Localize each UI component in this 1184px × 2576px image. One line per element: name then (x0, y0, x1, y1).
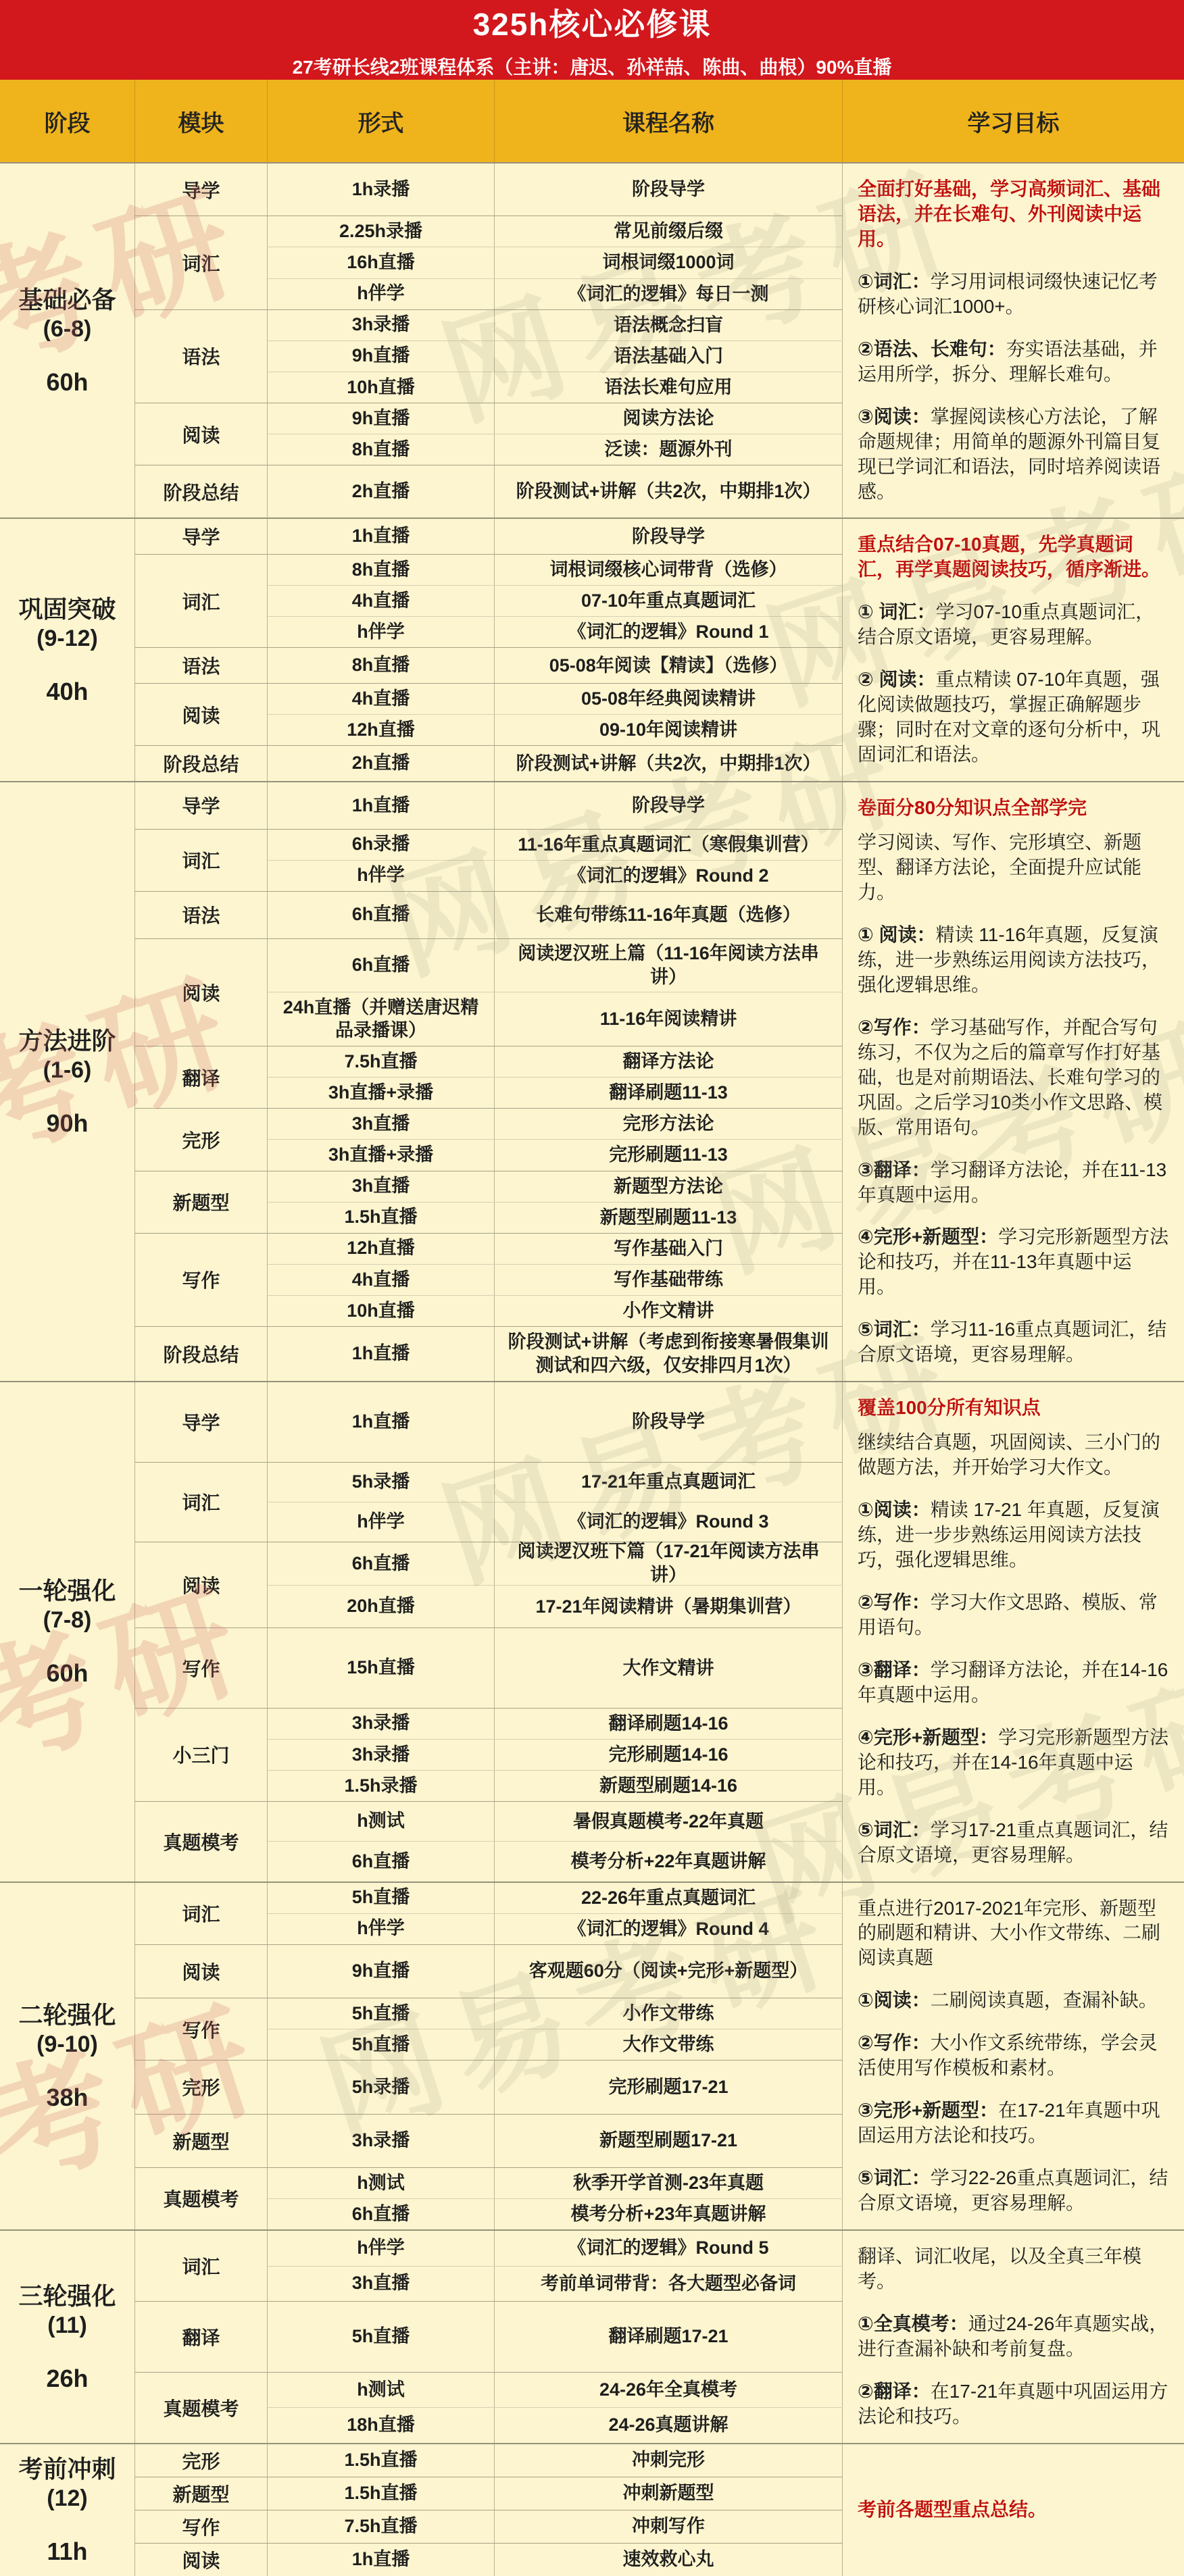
course-row: 1h直播阶段导学 (268, 782, 843, 829)
course-row: h伴学《词汇的逻辑》Round 4 (268, 1913, 843, 1944)
course-row: 1h录播阶段导学 (268, 163, 843, 216)
goal-item: ① 阅读：精读 11-16年真题，反复演练，进一步熟练运用阅读方法技巧，强化逻辑… (858, 923, 1169, 998)
goal-item: ① 词汇：学习07-10重点真题词汇，结合原文语境，更容易理解。 (858, 600, 1169, 650)
course-row: 3h直播完形方法论 (268, 1109, 843, 1139)
goal-item-label: ① 阅读： (858, 924, 936, 945)
goal-item: ①阅读：二刷阅读真题，查漏补缺。 (858, 1988, 1169, 2013)
goal-cell: 全面打好基础，学习高频词汇、基础语法，并在长难句、外刊阅读中运用。①词汇：学习用… (843, 163, 1184, 517)
module-group: 写作5h直播小作文带练5h直播大作文带练 (135, 1998, 843, 2060)
goal-item: ②语法、长难句：夯实语法基础，并运用所学，拆分、理解长难句。 (858, 337, 1169, 387)
goal-cell: 覆盖100分所有知识点继续结合真题，巩固阅读、三小门的做题方法，并开始学习大作文… (843, 1382, 1184, 1881)
goal-cell: 重点进行2017-2021年完形、新题型的刷题和精讲、大小作文带练、二刷阅读真题… (843, 1883, 1184, 2230)
course-cell: 完形刷题11-13 (495, 1140, 843, 1170)
format-cell: 8h直播 (268, 555, 495, 585)
module-group: 阅读1h直播速效救心丸 (135, 2543, 843, 2576)
module-group: 词汇5h录播17-21年重点真题词汇h伴学《词汇的逻辑》Round 3 (135, 1462, 843, 1542)
format-cell: 18h直播 (268, 2408, 495, 2442)
stage-label: 二轮强化(9-10)38h (0, 1883, 135, 2230)
course-row: 2.25h录播常见前缀后缀 (268, 216, 843, 247)
goal-cell: 翻译、词汇收尾，以及全真三年模考。①全真模考：通过24-26年真题实战，进行查漏… (843, 2231, 1184, 2443)
format-cell: 5h直播 (268, 2302, 495, 2372)
page-title: 325h核心必修课 (473, 0, 712, 45)
course-row: 2h直播阶段测试+讲解（共2次，中期排1次） (268, 465, 843, 517)
format-cell: 5h录播 (268, 2061, 495, 2113)
goal-item-label: ①词汇： (858, 271, 931, 292)
course-row: 10h直播语法长难句应用 (268, 372, 843, 403)
page-subtitle: 27考研长线2班课程体系（主讲：唐迟、孙祥喆、陈曲、曲根）90%直播 (293, 53, 892, 80)
module-cell: 新题型 (135, 2477, 268, 2510)
format-cell: h伴学 (268, 617, 495, 647)
course-cell: 完形方法论 (495, 1109, 843, 1139)
stage-months: (9-12) (18, 626, 116, 652)
course-cell: 翻译刷题14-16 (495, 1709, 843, 1739)
course-cell: 05-08年阅读【精读】（选修） (495, 648, 843, 683)
course-cell: 阅读逻汉班下篇（17-21年阅读方法串讲） (495, 1542, 843, 1585)
goal-item-label: ⑤词汇： (858, 2167, 931, 2188)
goal-item: ⑤词汇：学习22-26重点真题词汇，结合原文语境，更容易理解。 (858, 2166, 1169, 2216)
goal-intro: 学习阅读、写作、完形填空、新题型、翻译方法论，全面提升应试能力。 (858, 830, 1169, 905)
course-row: 3h直播考前单词带背：各大题型必备词 (268, 2266, 843, 2301)
goal-item: ②写作：学习大作文思路、模版、常用语句。 (858, 1590, 1169, 1640)
format-cell: h伴学 (268, 2231, 495, 2265)
course-row: 1h直播阶段导学 (268, 519, 843, 554)
course-row: h伴学《词汇的逻辑》Round 2 (268, 860, 843, 891)
course-row: 4h直播07-10年重点真题词汇 (268, 585, 843, 616)
goal-item: ⑤词汇：学习17-21重点真题词汇，结合原文语境，更容易理解。 (858, 1818, 1169, 1868)
column-header-2: 形式 (268, 80, 495, 162)
course-cell: 暑假真题模考-22年真题 (495, 1802, 843, 1841)
course-row: 4h直播写作基础带练 (268, 1264, 843, 1295)
course-row: 1.5h直播冲刺新题型 (268, 2477, 843, 2510)
module-cell: 新题型 (135, 1171, 268, 1233)
module-cell: 阅读 (135, 1542, 268, 1627)
goal-item: ①词汇：学习用词根词缀快速记忆考研核心词汇1000+。 (858, 270, 1169, 320)
stage-groups: 导学1h直播阶段导学词汇8h直播词根词缀核心词带背（选修）4h直播07-10年重… (135, 519, 843, 781)
stage-groups: 完形1.5h直播冲刺完形新题型1.5h直播冲刺新题型写作7.5h直播冲刺写作阅读… (135, 2444, 843, 2576)
format-cell: 3h录播 (268, 310, 495, 340)
course-cell: 11-16年重点真题词汇（寒假集训营） (495, 830, 843, 860)
module-group: 翻译5h直播翻译刷题17-21 (135, 2301, 843, 2372)
course-row: 4h直播05-08年经典阅读精讲 (268, 684, 843, 714)
course-cell: 客观题60分（阅读+完形+新题型） (495, 1945, 843, 1998)
course-cell: 《词汇的逻辑》Round 5 (495, 2231, 843, 2265)
course-row: 12h直播写作基础入门 (268, 1234, 843, 1264)
course-cell: 阶段导学 (495, 163, 843, 216)
format-cell: 5h直播 (268, 1998, 495, 2029)
course-row: h测试暑假真题模考-22年真题 (268, 1802, 843, 1841)
module-cell: 阅读 (135, 2544, 268, 2576)
course-cell: 翻译刷题17-21 (495, 2302, 843, 2372)
course-cell: 阅读方法论 (495, 403, 843, 434)
course-cell: 长难句带练11-16年真题（选修） (495, 892, 843, 938)
course-cell: 翻译方法论 (495, 1046, 843, 1077)
format-cell: 6h直播 (268, 2199, 495, 2229)
goal-heading: 重点结合07-10真题，先学真题词汇，再学真题阅读技巧，循序渐进。 (858, 532, 1169, 582)
module-cell: 真题模考 (135, 2168, 268, 2229)
module-cell: 词汇 (135, 1883, 268, 1944)
course-row: 3h录播翻译刷题14-16 (268, 1709, 843, 1739)
stage-months: (7-8) (18, 1607, 116, 1634)
goal-item-label: ④完形+新题型： (858, 1727, 998, 1748)
module-group: 完形3h直播完形方法论3h直播+录播完形刷题11-13 (135, 1108, 843, 1170)
format-cell: 8h直播 (268, 434, 495, 465)
module-cell: 导学 (135, 519, 268, 554)
module-group: 新题型3h直播新题型方法论1.5h直播新题型刷题11-13 (135, 1171, 843, 1233)
course-cell: 《词汇的逻辑》Round 4 (495, 1914, 843, 1944)
course-row: h测试24-26年全真模考 (268, 2373, 843, 2407)
goal-item-label: ③完形+新题型： (858, 2100, 998, 2121)
stage-months: (6-8) (18, 316, 116, 343)
module-cell: 导学 (135, 782, 268, 829)
course-cell: 秋季开学首测-23年真题 (495, 2168, 843, 2198)
goal-heading: 卷面分80分知识点全部学完 (858, 796, 1169, 821)
course-row: h测试秋季开学首测-23年真题 (268, 2168, 843, 2198)
course-cell: 阶段测试+讲解（共2次，中期排1次） (495, 746, 843, 781)
goal-item: ② 阅读：重点精读 07-10年真题，强化阅读做题技巧，掌握正确解题步骤；同时在… (858, 667, 1169, 767)
stage-name: 考前冲刺 (18, 2454, 116, 2485)
format-cell: 3h直播+录播 (268, 1140, 495, 1170)
goal-item: ①全真模考：通过24-26年真题实战，进行查漏补缺和考前复盘。 (858, 2312, 1169, 2362)
stage-label: 三轮强化(11)26h (0, 2231, 135, 2443)
module-group: 词汇2.25h录播常见前缀后缀16h直播词根词缀1000词h伴学《词汇的逻辑》每… (135, 216, 843, 309)
goal-item-label: ⑤词汇： (858, 1319, 931, 1340)
module-cell: 词汇 (135, 216, 268, 309)
module-cell: 词汇 (135, 555, 268, 647)
stage-label: 巩固突破(9-12)40h (0, 519, 135, 781)
course-row: 5h直播翻译刷题17-21 (268, 2302, 843, 2372)
course-cell: 速效救心丸 (495, 2544, 843, 2576)
course-row: 7.5h直播冲刺写作 (268, 2510, 843, 2543)
goal-cell: 重点结合07-10真题，先学真题词汇，再学真题阅读技巧，循序渐进。① 词汇：学习… (843, 519, 1184, 781)
format-cell: 9h直播 (268, 403, 495, 434)
format-cell: 7.5h直播 (268, 2510, 495, 2543)
goal-item-label: ①全真模考： (858, 2313, 968, 2334)
format-cell: 1h直播 (268, 2544, 495, 2576)
module-group: 新题型3h录播新题型刷题17-21 (135, 2114, 843, 2167)
format-cell: 5h直播 (268, 2029, 495, 2060)
module-group: 词汇h伴学《词汇的逻辑》Round 53h直播考前单词带背：各大题型必备词 (135, 2231, 843, 2301)
format-cell: 12h直播 (268, 1234, 495, 1264)
format-cell: 20h直播 (268, 1586, 495, 1628)
course-schedule-page: 325h核心必修课 27考研长线2班课程体系（主讲：唐迟、孙祥喆、陈曲、曲根）9… (0, 0, 1184, 2576)
course-cell: 模考分析+23年真题讲解 (495, 2199, 843, 2229)
course-cell: 模考分析+22年真题讲解 (495, 1842, 843, 1881)
module-group: 阅读4h直播05-08年经典阅读精讲12h直播09-10年阅读精讲 (135, 683, 843, 745)
stage-label: 考前冲刺(12)11h (0, 2444, 135, 2576)
course-row: h伴学《词汇的逻辑》Round 3 (268, 1502, 843, 1542)
goal-item-label: ①阅读： (858, 1499, 931, 1520)
module-group: 写作15h直播大作文精讲 (135, 1627, 843, 1707)
module-group: 真题模考h测试秋季开学首测-23年真题6h直播模考分析+23年真题讲解 (135, 2167, 843, 2229)
format-cell: h伴学 (268, 861, 495, 891)
module-group: 导学1h直播阶段导学 (135, 519, 843, 554)
course-cell: 写作基础带练 (495, 1265, 843, 1295)
course-cell: 《词汇的逻辑》Round 3 (495, 1502, 843, 1542)
course-row: 20h直播17-21年阅读精讲（暑期集训营） (268, 1585, 843, 1628)
format-cell: 4h直播 (268, 684, 495, 714)
module-cell: 完形 (135, 2061, 268, 2113)
course-cell: 冲刺完形 (495, 2444, 843, 2477)
course-row: 6h直播长难句带练11-16年真题（选修） (268, 892, 843, 938)
course-row: 1.5h录播新题型刷题14-16 (268, 1770, 843, 1801)
goal-item-label: ②语法、长难句： (858, 338, 1006, 359)
course-cell: 05-08年经典阅读精讲 (495, 684, 843, 714)
course-cell: 阶段导学 (495, 782, 843, 829)
goal-item-label: ③阅读： (858, 406, 931, 427)
column-header-4: 学习目标 (843, 80, 1184, 162)
stage-hours: 40h (46, 678, 88, 706)
course-row: 24h直播（并赠送唐迟精品录播课）11-16年阅读精讲 (268, 992, 843, 1046)
course-cell: 阶段导学 (495, 519, 843, 554)
stage-hours: 60h (46, 368, 88, 397)
stage-hours: 38h (46, 2083, 88, 2112)
course-cell: 11-16年阅读精讲 (495, 992, 843, 1046)
course-row: 6h直播模考分析+23年真题讲解 (268, 2198, 843, 2229)
goal-item-label: ②翻译： (858, 2381, 931, 2402)
goal-item: ③阅读：掌握阅读核心方法论，了解命题规律；用简单的题源外刊篇目复现已学词汇和语法… (858, 405, 1169, 505)
stage-name: 二轮强化 (18, 2000, 116, 2031)
format-cell: h伴学 (268, 1502, 495, 1542)
stage-hours: 60h (46, 1659, 88, 1688)
course-cell: 09-10年阅读精讲 (495, 715, 843, 745)
goal-item: ④完形+新题型：学习完形新题型方法论和技巧，并在11-13年真题中运用。 (858, 1225, 1169, 1300)
column-header-1: 模块 (135, 80, 268, 162)
stage-groups: 导学1h直播阶段导学词汇6h录播11-16年重点真题词汇（寒假集训营）h伴学《词… (135, 782, 843, 1381)
module-cell: 语法 (135, 892, 268, 938)
course-cell: 语法概念扫盲 (495, 310, 843, 340)
course-row: 5h直播22-26年重点真题词汇 (268, 1883, 843, 1913)
stage-label: 基础必备(6-8)60h (0, 163, 135, 517)
course-row: 1h直播阶段测试+讲解（考虑到衔接寒暑假集训测试和四六级，仅安排四月1次） (268, 1327, 843, 1381)
course-cell: 词根词缀1000词 (495, 247, 843, 278)
course-cell: 泛读：题源外刊 (495, 434, 843, 465)
format-cell: 9h直播 (268, 1945, 495, 1998)
course-row: 6h录播11-16年重点真题词汇（寒假集训营） (268, 830, 843, 860)
course-cell: 《词汇的逻辑》每日一测 (495, 279, 843, 309)
goal-item-text: 二刷阅读真题，查漏补缺。 (931, 1990, 1158, 2011)
stage-name: 三轮强化 (18, 2281, 116, 2313)
course-cell: 17-21年阅读精讲（暑期集训营） (495, 1586, 843, 1628)
format-cell: 1h直播 (268, 1382, 495, 1461)
course-row: 1.5h直播新题型刷题11-13 (268, 1202, 843, 1233)
module-group: 阅读6h直播阅读逻汉班下篇（17-21年阅读方法串讲）20h直播17-21年阅读… (135, 1542, 843, 1627)
stage-label: 一轮强化(7-8)60h (0, 1382, 135, 1881)
format-cell: 6h直播 (268, 1542, 495, 1585)
module-group: 阅读6h直播阅读逻汉班上篇（11-16年阅读方法串讲）24h直播（并赠送唐迟精品… (135, 938, 843, 1046)
course-cell: 写作基础入门 (495, 1234, 843, 1264)
goal-item-label: ①阅读： (858, 1990, 931, 2011)
module-group: 语法8h直播05-08年阅读【精读】（选修） (135, 647, 843, 683)
module-cell: 词汇 (135, 830, 268, 891)
module-group: 语法6h直播长难句带练11-16年真题（选修） (135, 891, 843, 938)
module-group: 阅读9h直播客观题60分（阅读+完形+新题型） (135, 1944, 843, 1998)
stage-months: (1-6) (18, 1057, 116, 1084)
module-group: 语法3h录播语法概念扫盲9h直播语法基础入门10h直播语法长难句应用 (135, 309, 843, 403)
module-cell: 完形 (135, 1109, 268, 1170)
goal-heading: 覆盖100分所有知识点 (858, 1396, 1169, 1421)
format-cell: 1.5h直播 (268, 2477, 495, 2510)
goal-item-label: ③翻译： (858, 1659, 931, 1680)
course-row: h伴学《词汇的逻辑》每日一测 (268, 278, 843, 309)
format-cell: 2h直播 (268, 746, 495, 781)
format-cell: 1h录播 (268, 163, 495, 216)
stage-section-0: 基础必备(6-8)60h导学1h录播阶段导学词汇2.25h录播常见前缀后缀16h… (0, 162, 1184, 517)
module-cell: 写作 (135, 1234, 268, 1326)
module-cell: 语法 (135, 310, 268, 403)
module-cell: 语法 (135, 648, 268, 683)
stage-months: (12) (18, 2485, 116, 2512)
course-cell: 阶段测试+讲解（共2次，中期排1次） (495, 465, 843, 517)
goal-item-label: ②写作： (858, 1017, 931, 1038)
format-cell: 7.5h直播 (268, 1046, 495, 1077)
course-cell: 07-10年重点真题词汇 (495, 586, 843, 616)
course-row: 8h直播泛读：题源外刊 (268, 434, 843, 465)
course-cell: 阶段测试+讲解（考虑到衔接寒暑假集训测试和四六级，仅安排四月1次） (495, 1327, 843, 1381)
stage-name: 巩固突破 (18, 594, 116, 626)
module-group: 翻译7.5h直播翻译方法论3h直播+录播翻译刷题11-13 (135, 1046, 843, 1108)
format-cell: 1.5h录播 (268, 1771, 495, 1801)
module-group: 导学1h录播阶段导学 (135, 163, 843, 216)
format-cell: 1.5h直播 (268, 2444, 495, 2477)
module-cell: 翻译 (135, 1046, 268, 1108)
course-row: h伴学《词汇的逻辑》Round 5 (268, 2231, 843, 2265)
format-cell: 3h直播 (268, 1171, 495, 1202)
course-row: 9h直播阅读方法论 (268, 403, 843, 434)
format-cell: 24h直播（并赠送唐迟精品录播课） (268, 992, 495, 1046)
stage-name: 基础必备 (18, 284, 116, 316)
module-group: 真题模考h测试暑假真题模考-22年真题6h直播模考分析+22年真题讲解 (135, 1801, 843, 1881)
module-group: 写作7.5h直播冲刺写作 (135, 2510, 843, 2543)
format-cell: 10h直播 (268, 372, 495, 403)
format-cell: 16h直播 (268, 247, 495, 278)
course-row: 10h直播小作文精讲 (268, 1295, 843, 1326)
module-cell: 阅读 (135, 939, 268, 1046)
goal-intro: 重点进行2017-2021年完形、新题型的刷题和精讲、大小作文带练、二刷阅读真题 (858, 1896, 1169, 1971)
goal-intro: 继续结合真题，巩固阅读、三小门的做题方法，并开始学习大作文。 (858, 1430, 1169, 1480)
module-group: 阶段总结2h直播阶段测试+讲解（共2次，中期排1次） (135, 465, 843, 517)
stage-name: 方法进阶 (18, 1026, 116, 1057)
course-cell: 22-26年重点真题词汇 (495, 1883, 843, 1913)
course-cell: 考前单词带背：各大题型必备词 (495, 2267, 843, 2301)
format-cell: 5h直播 (268, 1883, 495, 1913)
course-row: 12h直播09-10年阅读精讲 (268, 714, 843, 745)
format-cell: 6h直播 (268, 1842, 495, 1881)
stage-hours: 90h (46, 1109, 88, 1138)
module-group: 阶段总结1h直播阶段测试+讲解（考虑到衔接寒暑假集训测试和四六级，仅安排四月1次… (135, 1326, 843, 1381)
module-cell: 写作 (135, 1998, 268, 2060)
course-row: 6h直播阅读逻汉班上篇（11-16年阅读方法串讲） (268, 939, 843, 992)
format-cell: h测试 (268, 2373, 495, 2407)
course-cell: 完形刷题17-21 (495, 2061, 843, 2113)
module-group: 阶段总结2h直播阶段测试+讲解（共2次，中期排1次） (135, 745, 843, 781)
format-cell: h伴学 (268, 1914, 495, 1944)
format-cell: 2h直播 (268, 465, 495, 517)
course-row: 5h直播小作文带练 (268, 1998, 843, 2029)
goal-item-label: ① 词汇： (858, 601, 936, 622)
format-cell: 15h直播 (268, 1628, 495, 1707)
module-cell: 翻译 (135, 2302, 268, 2372)
goal-item-label: ④完形+新题型： (858, 1226, 998, 1247)
course-cell: 新题型刷题11-13 (495, 1203, 843, 1233)
goal-item: ②翻译：在17-21年真题中巩固运用方法论和技巧。 (858, 2379, 1169, 2429)
goal-item: ③翻译：学习翻译方法论，并在14-16年真题中运用。 (858, 1658, 1169, 1708)
course-cell: 冲刺新题型 (495, 2477, 843, 2510)
course-row: 3h直播+录播完形刷题11-13 (268, 1139, 843, 1170)
course-row: h伴学《词汇的逻辑》Round 1 (268, 616, 843, 647)
module-group: 词汇8h直播词根词缀核心词带背（选修）4h直播07-10年重点真题词汇h伴学《词… (135, 554, 843, 647)
module-cell: 阶段总结 (135, 465, 268, 517)
course-cell: 大作文带练 (495, 2029, 843, 2060)
format-cell: h测试 (268, 2168, 495, 2198)
module-cell: 阅读 (135, 1945, 268, 1998)
course-row: 8h直播词根词缀核心词带背（选修） (268, 555, 843, 585)
format-cell: 3h录播 (268, 1709, 495, 1739)
goal-item: ④完形+新题型：学习完形新题型方法论和技巧，并在14-16年真题中运用。 (858, 1725, 1169, 1800)
format-cell: 1h直播 (268, 1327, 495, 1381)
course-cell: 词根词缀核心词带背（选修） (495, 555, 843, 585)
course-row: 3h直播新题型方法论 (268, 1171, 843, 1202)
module-cell: 阅读 (135, 403, 268, 465)
stage-section-3: 一轮强化(7-8)60h导学1h直播阶段导学词汇5h录播17-21年重点真题词汇… (0, 1381, 1184, 1881)
course-row: 3h录播完形刷题14-16 (268, 1739, 843, 1770)
course-row: 5h录播完形刷题17-21 (268, 2061, 843, 2113)
goal-item: ③完形+新题型：在17-21年真题中巩固运用方法论和技巧。 (858, 2098, 1169, 2148)
format-cell: 1h直播 (268, 519, 495, 554)
module-group: 词汇6h录播11-16年重点真题词汇（寒假集训营）h伴学《词汇的逻辑》Round… (135, 829, 843, 891)
format-cell: 6h直播 (268, 939, 495, 992)
stage-section-4: 二轮强化(9-10)38h词汇5h直播22-26年重点真题词汇h伴学《词汇的逻辑… (0, 1882, 1184, 2230)
table-header-row: 阶段模块形式课程名称学习目标 (0, 80, 1184, 162)
stage-groups: 词汇h伴学《词汇的逻辑》Round 53h直播考前单词带背：各大题型必备词翻译5… (135, 2231, 843, 2443)
goal-intro: 翻译、词汇收尾，以及全真三年模考。 (858, 2244, 1169, 2294)
format-cell: 2.25h录播 (268, 216, 495, 247)
format-cell: 6h录播 (268, 830, 495, 860)
format-cell: 8h直播 (268, 648, 495, 683)
course-cell: 冲刺写作 (495, 2510, 843, 2543)
stage-groups: 导学1h录播阶段导学词汇2.25h录播常见前缀后缀16h直播词根词缀1000词h… (135, 163, 843, 517)
format-cell: 3h直播 (268, 1109, 495, 1139)
course-row: 1.5h直播冲刺完形 (268, 2444, 843, 2477)
format-cell: 3h录播 (268, 2115, 495, 2167)
module-group: 新题型1.5h直播冲刺新题型 (135, 2477, 843, 2510)
format-cell: 3h直播+录播 (268, 1078, 495, 1108)
course-cell: 17-21年重点真题词汇 (495, 1463, 843, 1502)
format-cell: 9h直播 (268, 341, 495, 372)
course-cell: 阅读逻汉班上篇（11-16年阅读方法串讲） (495, 939, 843, 992)
stage-section-5: 三轮强化(11)26h词汇h伴学《词汇的逻辑》Round 53h直播考前单词带背… (0, 2229, 1184, 2443)
module-group: 小三门3h录播翻译刷题14-163h录播完形刷题14-161.5h录播新题型刷题… (135, 1708, 843, 1801)
module-cell: 真题模考 (135, 2373, 268, 2443)
format-cell: 6h直播 (268, 892, 495, 938)
stage-groups: 词汇5h直播22-26年重点真题词汇h伴学《词汇的逻辑》Round 4阅读9h直… (135, 1883, 843, 2230)
goal-cell: 卷面分80分知识点全部学完学习阅读、写作、完形填空、新题型、翻译方法论，全面提升… (843, 782, 1184, 1381)
stage-months: (11) (18, 2313, 116, 2339)
format-cell: h测试 (268, 1802, 495, 1841)
goal-item-label: ⑤词汇： (858, 1819, 931, 1840)
column-header-3: 课程名称 (495, 80, 843, 162)
course-cell: 语法长难句应用 (495, 372, 843, 403)
course-row: 5h直播大作文带练 (268, 2029, 843, 2060)
course-row: 9h直播语法基础入门 (268, 340, 843, 372)
stage-name: 一轮强化 (18, 1575, 116, 1607)
course-row: 3h直播+录播翻译刷题11-13 (268, 1077, 843, 1108)
module-cell: 阅读 (135, 684, 268, 745)
course-row: 8h直播05-08年阅读【精读】（选修） (268, 648, 843, 683)
format-cell: 3h录播 (268, 1740, 495, 1770)
course-cell: 新题型刷题14-16 (495, 1771, 843, 1801)
course-cell: 完形刷题14-16 (495, 1740, 843, 1770)
course-row: 1h直播速效救心丸 (268, 2544, 843, 2576)
